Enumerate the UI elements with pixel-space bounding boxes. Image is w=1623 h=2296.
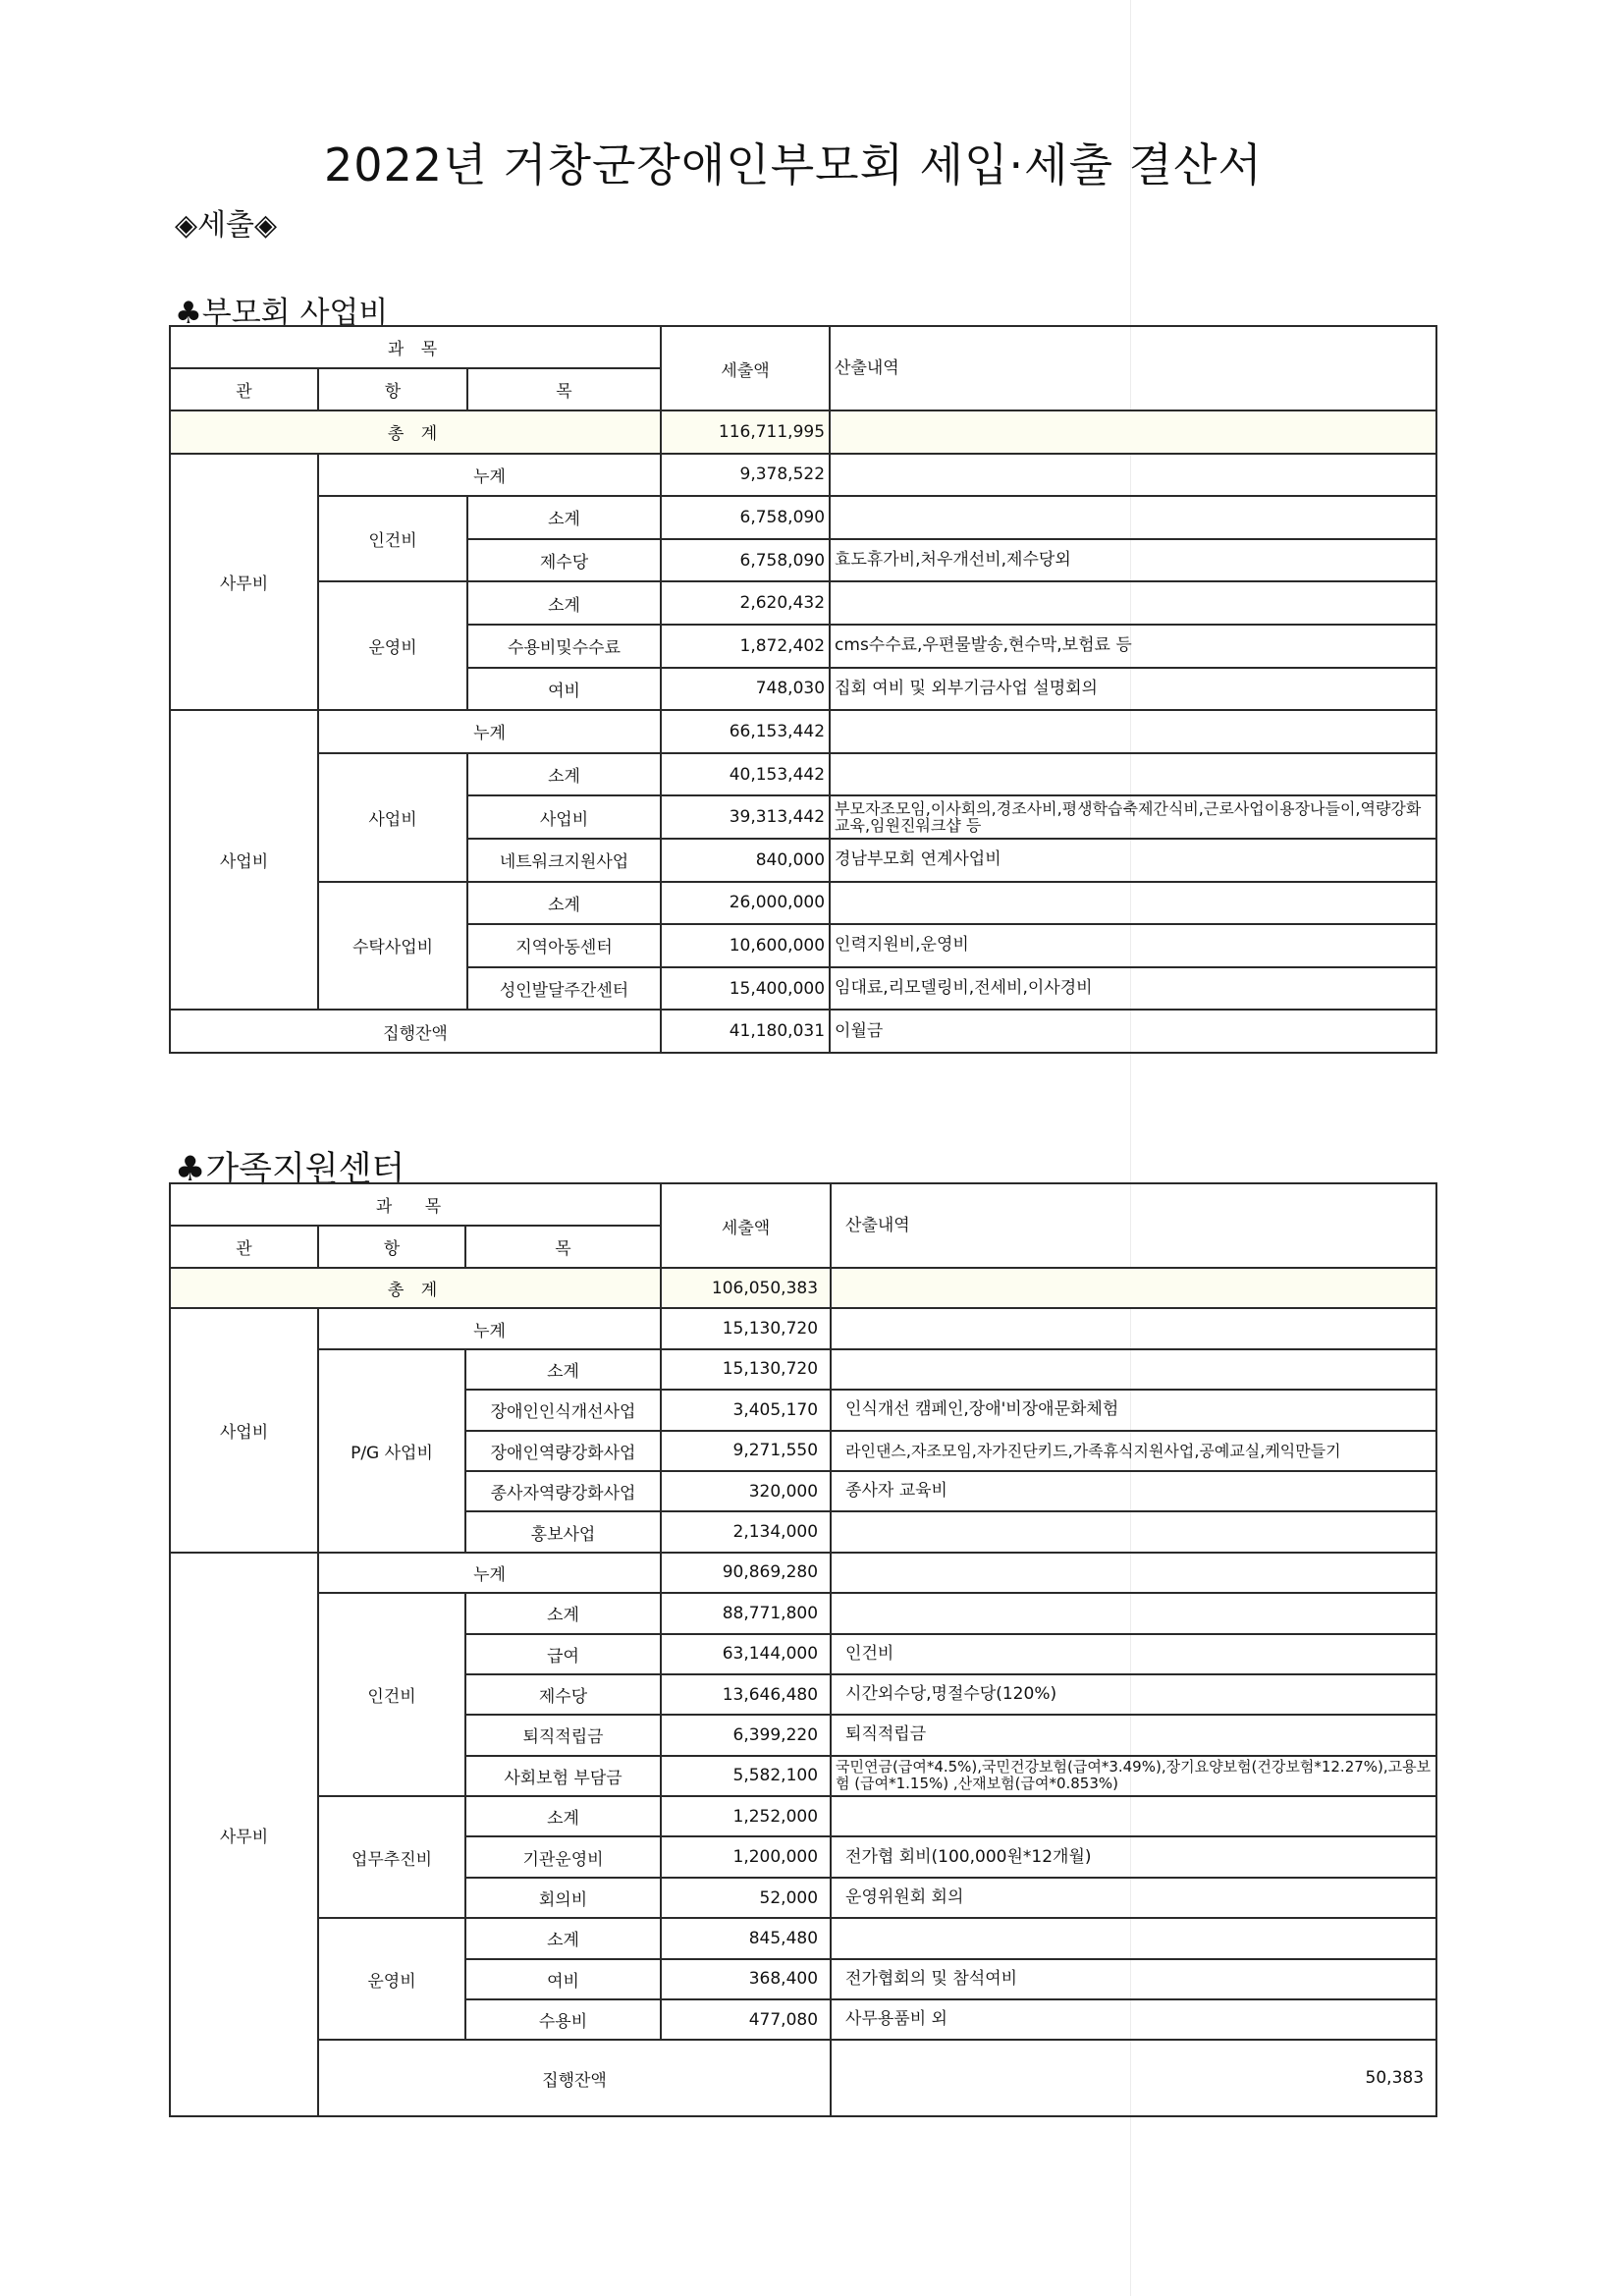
amount-cell: 748,030: [661, 668, 830, 711]
detail-cell: [831, 1511, 1436, 1552]
cumulative-label: 누계: [318, 710, 661, 753]
mok-cell: 여비: [465, 1959, 661, 1999]
mok-cell: 장애인역량강화사업: [465, 1431, 661, 1471]
hang-cell: 수탁사업비: [318, 882, 467, 1011]
hang-cell: 운영비: [318, 1918, 465, 2040]
mok-cell: 기관운영비: [465, 1836, 661, 1877]
mok-cell: 소계: [467, 496, 661, 539]
amount-cell: 15,130,720: [661, 1349, 831, 1390]
detail-cell: 전가협회의 및 참석여비: [831, 1959, 1436, 1999]
detail-cell: [831, 1593, 1436, 1633]
hang-cell: 인건비: [318, 496, 467, 581]
detail-cell: 인력지원비,운영비: [830, 924, 1436, 967]
mok-cell: 지역아동센터: [467, 924, 661, 967]
amount-cell: 5,582,100: [661, 1756, 831, 1796]
mok-cell: 여비: [467, 668, 661, 711]
header-amount: 세출액: [661, 1183, 831, 1268]
cumulative-label: 누계: [318, 1553, 661, 1593]
amount-cell: 40,153,442: [661, 753, 830, 796]
detail-cell: 종사자 교육비: [831, 1471, 1436, 1511]
cumulative-label: 누계: [318, 1308, 661, 1348]
table-row: 운영비 소계 845,480: [170, 1918, 1436, 1958]
mok-cell: 회의비: [465, 1878, 661, 1918]
table-row: 사업비 누계 66,153,442: [170, 710, 1436, 753]
header-hang: 항: [318, 368, 467, 410]
mok-cell: 종사자역량강화사업: [465, 1471, 661, 1511]
cumulative-label: 누계: [318, 454, 661, 497]
hang-cell: 사업비: [318, 753, 467, 882]
amount-cell: 368,400: [661, 1959, 831, 1999]
amount-cell: 3,405,170: [661, 1390, 831, 1430]
amount-cell: 88,771,800: [661, 1593, 831, 1633]
detail-cell: [831, 1349, 1436, 1390]
document-title: 2022년 거창군장애인부모회 세입·세출 결산서: [324, 130, 1306, 194]
total-label: 총 계: [170, 410, 661, 454]
table-row: 인건비 소계 6,758,090: [170, 496, 1436, 539]
amount-cell: 9,271,550: [661, 1431, 831, 1471]
table-row: 사무비 누계 90,869,280: [170, 1553, 1436, 1593]
header-detail: 산출내역: [831, 1183, 1436, 1268]
mok-cell: 장애인인식개선사업: [465, 1390, 661, 1430]
amount-cell: 6,758,090: [661, 496, 830, 539]
table-row: 인건비 소계 88,771,800: [170, 1593, 1436, 1633]
table-row: 운영비 소계 2,620,432: [170, 581, 1436, 625]
header-detail: 산출내역: [830, 326, 1436, 410]
mok-cell: 소계: [465, 1349, 661, 1390]
balance-detail: 이월금: [830, 1010, 1436, 1053]
mok-cell: 소계: [465, 1593, 661, 1633]
gwan-cell: 사무비: [170, 454, 318, 711]
total-row: 총 계 106,050,383: [170, 1268, 1436, 1308]
table-row: 사업비 소계 40,153,442: [170, 753, 1436, 796]
detail-cell: 전가협 회비(100,000원*12개월): [831, 1836, 1436, 1877]
header-subject: 과 목: [170, 1183, 661, 1226]
balance-amount: 50,383: [831, 2040, 1436, 2116]
detail-cell: [830, 882, 1436, 925]
gwan-cell: 사업비: [170, 710, 318, 1010]
detail-cell: cms수수료,우편물발송,현수막,보험료 등: [830, 625, 1436, 668]
detail-cell: [830, 581, 1436, 625]
amount-cell: 13,646,480: [661, 1674, 831, 1715]
detail-cell: 인건비: [831, 1634, 1436, 1674]
table-row: 사업비 누계 15,130,720: [170, 1308, 1436, 1348]
expenditure-table-family-support-center: 과 목 세출액 산출내역 관 항 목 총 계 106,050,383 사업비 누…: [169, 1182, 1437, 2117]
detail-cell: 라인댄스,자조모임,자가진단키드,가족휴식지원사업,공예교실,케익만들기: [831, 1431, 1436, 1471]
header-row-subject: 과 목 세출액 산출내역: [170, 1183, 1436, 1226]
header-subject: 과 목: [170, 326, 661, 368]
detail-cell: 운영위원회 회의: [831, 1878, 1436, 1918]
amount-cell: 6,758,090: [661, 539, 830, 582]
detail-cell: 인식개선 캠페인,장애'비장애문화체험: [831, 1390, 1436, 1430]
balance-row: 집행잔액 50,383 예금이자: [170, 2040, 1436, 2116]
cumulative-amount: 9,378,522: [661, 454, 830, 497]
amount-cell: 1,200,000: [661, 1836, 831, 1877]
mok-cell: 소계: [467, 581, 661, 625]
header-row-subject: 과 목 세출액 산출내역: [170, 326, 1436, 368]
table-row: 수탁사업비 소계 26,000,000: [170, 882, 1436, 925]
table-row: 사무비 누계 9,378,522: [170, 454, 1436, 497]
amount-cell: 840,000: [661, 839, 830, 882]
detail-cell: 퇴직적립금: [831, 1715, 1436, 1755]
mok-cell: 성인발달주간센터: [467, 967, 661, 1011]
amount-cell: 1,252,000: [661, 1796, 831, 1836]
detail-cell: [831, 1308, 1436, 1348]
header-gwan: 관: [170, 368, 318, 410]
mok-cell: 사회보험 부담금: [465, 1756, 661, 1796]
mok-cell: 소계: [467, 753, 661, 796]
hang-cell: 인건비: [318, 1593, 465, 1796]
amount-cell: 477,080: [661, 1999, 831, 2040]
expenditure-table-parents-association: 과 목 세출액 산출내역 관 항 목 총 계 116,711,995 사무비 누…: [169, 325, 1437, 1054]
balance-amount: 41,180,031: [661, 1010, 830, 1053]
amount-cell: 845,480: [661, 1918, 831, 1958]
mok-cell: 소계: [465, 1918, 661, 1958]
total-row: 총 계 116,711,995: [170, 410, 1436, 454]
hang-cell: 업무추진비: [318, 1796, 465, 1918]
amount-cell: 320,000: [661, 1471, 831, 1511]
amount-cell: 2,620,432: [661, 581, 830, 625]
amount-cell: 63,144,000: [661, 1634, 831, 1674]
cumulative-amount: 15,130,720: [661, 1308, 831, 1348]
amount-cell: 15,400,000: [661, 967, 830, 1011]
mok-cell: 사업비: [467, 795, 661, 839]
mok-cell: 제수당: [467, 539, 661, 582]
table-row: 업무추진비 소계 1,252,000: [170, 1796, 1436, 1836]
amount-cell: 39,313,442: [661, 795, 830, 839]
mok-cell: 네트워크지원사업: [467, 839, 661, 882]
balance-row: 집행잔액 41,180,031 이월금: [170, 1010, 1436, 1053]
detail-cell: 부모자조모임,이사회의,경조사비,평생학습축제간식비,근로사업이용장나들이,역량…: [830, 795, 1436, 839]
gwan-cell: 사업비: [170, 1308, 318, 1552]
mok-cell: 수용비및수수료: [467, 625, 661, 668]
hang-cell: 운영비: [318, 581, 467, 710]
amount-cell: 52,000: [661, 1878, 831, 1918]
total-detail: [830, 410, 1436, 454]
amount-cell: 10,600,000: [661, 924, 830, 967]
detail-cell: 국민연금(급여*4.5%),국민건강보험(급여*3.49%),장기요양보험(건강…: [831, 1756, 1436, 1796]
mok-cell: 소계: [465, 1796, 661, 1836]
header-mok: 목: [467, 368, 661, 410]
balance-label: 집행잔액: [318, 2040, 831, 2116]
detail-cell: [830, 454, 1436, 497]
cumulative-amount: 90,869,280: [661, 1553, 831, 1593]
amount-cell: 2,134,000: [661, 1511, 831, 1552]
cumulative-amount: 66,153,442: [661, 710, 830, 753]
mok-cell: 제수당: [465, 1674, 661, 1715]
amount-cell: 26,000,000: [661, 882, 830, 925]
total-amount: 106,050,383: [661, 1268, 831, 1308]
detail-cell: 임대료,리모델링비,전세비,이사경비: [830, 967, 1436, 1011]
detail-cell: 사무용품비 외: [831, 1999, 1436, 2040]
total-label: 총 계: [170, 1268, 661, 1308]
gwan-cell: 사무비: [170, 1553, 318, 2117]
total-amount: 116,711,995: [661, 410, 830, 454]
amount-cell: 6,399,220: [661, 1715, 831, 1755]
amount-cell: 1,872,402: [661, 625, 830, 668]
balance-label: 집행잔액: [170, 1010, 661, 1053]
header-amount: 세출액: [661, 326, 830, 410]
detail-cell: [831, 1553, 1436, 1593]
detail-cell: 시간외수당,명절수당(120%): [831, 1674, 1436, 1715]
mok-cell: 소계: [467, 882, 661, 925]
mok-cell: 수용비: [465, 1999, 661, 2040]
detail-cell: [831, 1918, 1436, 1958]
header-hang: 항: [318, 1226, 465, 1268]
total-detail: [831, 1268, 1436, 1308]
detail-cell: [830, 753, 1436, 796]
mok-cell: 홍보사업: [465, 1511, 661, 1552]
hang-cell: P/G 사업비: [318, 1349, 465, 1553]
detail-cell: 집회 여비 및 외부기금사업 설명회의: [830, 668, 1436, 711]
header-mok: 목: [465, 1226, 661, 1268]
section-label-expenditure: ◈세출◈: [175, 200, 277, 244]
detail-cell: [830, 496, 1436, 539]
table-row: P/G 사업비 소계 15,130,720: [170, 1349, 1436, 1390]
detail-cell: 경남부모회 연계사업비: [830, 839, 1436, 882]
mok-cell: 퇴직적립금: [465, 1715, 661, 1755]
detail-cell: 효도휴가비,처우개선비,제수당외: [830, 539, 1436, 582]
detail-cell: [830, 710, 1436, 753]
mok-cell: 급여: [465, 1634, 661, 1674]
detail-cell: [831, 1796, 1436, 1836]
header-gwan: 관: [170, 1226, 318, 1268]
